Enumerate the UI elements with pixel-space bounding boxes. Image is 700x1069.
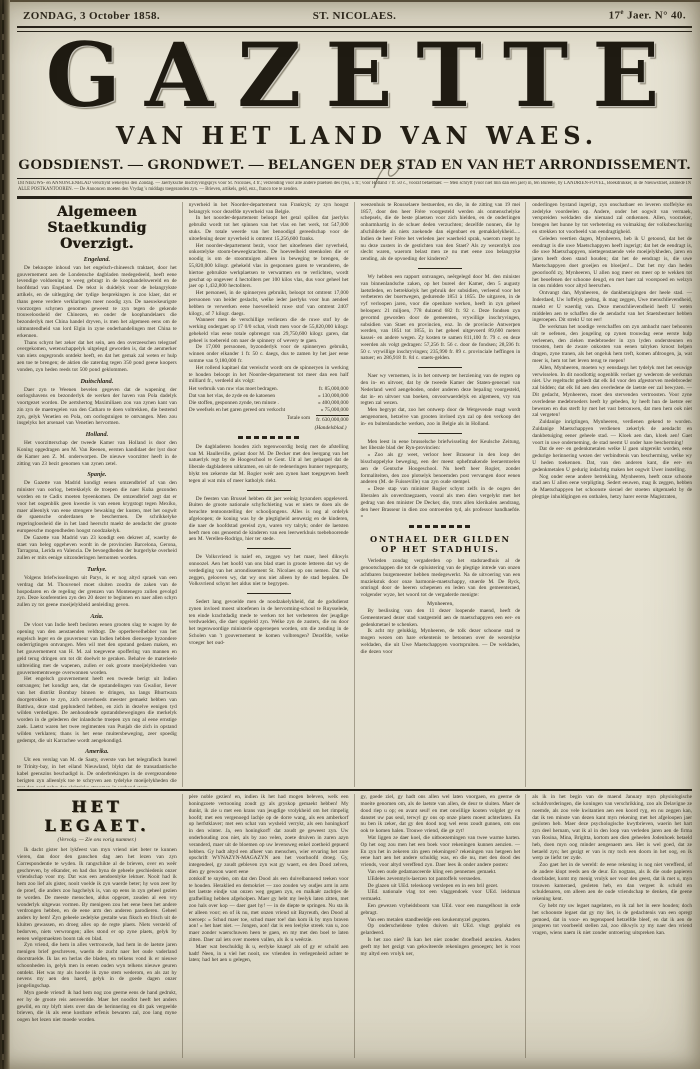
main-news-columns: Algemeen Staetkundig Overzigt.Engeland.D… [15, 199, 694, 787]
news-column: nyverheid in het Noorder-departement van… [182, 202, 349, 787]
country-subheading: Engeland. [17, 256, 177, 263]
news-paragraph: gy, goede ziel, gy hadt ons allen wel la… [361, 794, 521, 835]
issue-number: 17e Jaer. N° 40. [465, 8, 686, 22]
news-paragraph: père noble gezien! en, indien ik het had… [189, 794, 349, 876]
table-total-row: Totale somfr. 630,000,000 [189, 415, 349, 424]
newspaper-page: ZONDAG, 3 October 1858. ST. NICOLAES. 17… [0, 0, 700, 1069]
page-content: ZONDAG, 3 October 1858. ST. NICOLAES. 17… [10, 0, 700, 1069]
news-paragraph: Van een metalen standbeeldje een keukenm… [361, 917, 521, 924]
news-paragraph: zotskolf te snyden, om dat den Dood als … [189, 876, 349, 944]
news-paragraph: Het personeel, in de spinneryen gebruikt… [189, 290, 349, 317]
table-row-label: Dat van het vlas, de zyde en de katoenen [189, 393, 318, 400]
issue-volume: 17 [609, 10, 621, 22]
news-paragraph: onderlingen bystand ingerigt, zyn onscha… [532, 202, 692, 236]
news-paragraph: Ontvangt dan, Mynheeren, de dankbetuigin… [532, 290, 692, 324]
ornament-divider [238, 436, 300, 439]
news-paragraph: By beslissing van den 11 dezer loopende … [361, 608, 521, 628]
table-row-amount: « 130,000,000 [318, 393, 348, 400]
news-paragraph: De glazen uit UEd. teleskoop verslepen e… [361, 883, 521, 890]
news-paragraph: Zoo gaet het in de wereld: de eene reken… [532, 862, 692, 903]
ornament-divider [409, 525, 471, 528]
news-paragraph: Naer wy vernemen, is in het ontwerp ter … [361, 373, 521, 407]
article-heading: ONTHAEL DER GILDEN OP HET STADHUIS. [361, 534, 521, 554]
money-table: Het verbruik van ruw vlas moet bedragen.… [189, 386, 349, 423]
news-paragraph: Allen, Mynheeren, moeten wy eensdaegs he… [532, 365, 692, 419]
news-paragraph: Nog onder eene andere betrekking, Mynhee… [532, 474, 692, 501]
book-binding-edge [0, 0, 10, 1069]
news-paragraph: Verleden zondag vergaderden op het stads… [361, 558, 521, 599]
news-paragraph: weezenhuis te Rousselaere bestuerden, en… [361, 202, 521, 263]
news-paragraph: Daer zyn te Weenen bevelen gegeven dat d… [17, 387, 177, 428]
news-column: weezenhuis te Rousselaere bestuerden, en… [354, 202, 521, 787]
news-paragraph: Geleden veertien dagen, Mynheeren, heb i… [532, 236, 692, 290]
issue-number-rest: Jaer. N° 40. [624, 10, 686, 22]
table-row-amount: fr. 85,000,000 [319, 386, 349, 393]
news-paragraph: Wat liggen ze daer koel, die uitboezemin… [361, 835, 521, 869]
news-paragraph: Zyn vriend, die hem in alles vertrouwde,… [17, 942, 177, 990]
news-paragraph: Het engelsch gouvernement heeft een twee… [17, 676, 177, 744]
country-subheading: Turkye. [17, 566, 177, 573]
masthead: GAZETTE VAN HET LAND VAN WAES. [15, 34, 694, 151]
table-row-label: Het verbruik van ruw vlas moet bedragen. [189, 386, 319, 393]
masthead-subtitle: VAN HET LAND VAN WAES. [15, 121, 694, 150]
country-subheading: Amerika. [17, 748, 177, 755]
news-paragraph: Wanneer men de verschillige verliezen di… [189, 317, 349, 344]
news-paragraph: Men begrypt dat, zoo het ontwerp door de… [361, 407, 521, 427]
news-paragraph: Gy hebt my uw legaet nagelaten, en ik za… [532, 903, 692, 937]
thin-rule [17, 178, 692, 179]
table-row-label: Die stoffen, gesponnen zynde, ten minste… [189, 400, 318, 407]
news-paragraph: Myn goede vriend! ik had hem nog zoo gee… [17, 990, 177, 1024]
news-paragraph: Wy hebben een rapport ontvangen, neêrgel… [361, 274, 521, 362]
news-column: HET LEGAET.(Vervolg. — Zie ons vorig num… [17, 794, 177, 1058]
news-paragraph: Het noorder-departement bezit, voor het … [189, 243, 349, 291]
text-divider [247, 490, 291, 491]
news-paragraph: Een gewezen vryheidsboom van UEd. voor e… [361, 903, 521, 917]
issue-date: ZONDAG, 3 October 1858. [23, 10, 244, 22]
table-row-amount: « 75,000,000 [321, 407, 349, 414]
news-column: onderlingen bystand ingerigt, zyn onscha… [525, 202, 692, 787]
salutation: Mynheeren, [361, 601, 521, 607]
news-paragraph: nyverheid in het Noorder-departement van… [189, 202, 349, 216]
news-paragraph: Thans schynt het zeker dat het sein, aen… [17, 340, 177, 374]
country-subheading: Spanje. [17, 471, 177, 478]
dateline: ZONDAG, 3 October 1858. ST. NICOLAES. 17… [15, 2, 694, 24]
news-paragraph: De Gazette van Madrid kondigt eenen omze… [17, 480, 177, 534]
news-column: gy, goede ziel, gy hadt ons allen wel la… [354, 794, 521, 1058]
news-paragraph: De beknopte inhoud van het engelsch-chin… [17, 265, 177, 340]
table-row: Dat van het vlas, de zyde en de katoenen… [189, 393, 349, 400]
news-column: als ik in het begin van de maend January… [525, 794, 692, 1058]
continuation-note: (Vervolg. — Zie ons vorig nummer.) [17, 837, 177, 843]
news-paragraph: « Deze stap van minister Rogier schynt z… [361, 486, 521, 520]
text-divider [247, 593, 291, 594]
news-paragraph: Ik acht my gelukkig, Mynheeren, de tolk … [361, 628, 521, 655]
feuilleton-heading: HET LEGAET. [17, 797, 177, 835]
table-total-label: Totale som [287, 415, 316, 424]
table-row: Die stoffen, gesponnen zynde, ten minste… [189, 400, 349, 407]
news-paragraph: De dagbladeren houden zich tegenwoordig … [189, 444, 349, 485]
news-paragraph: De werkman het noodige verschaffen om zy… [532, 324, 692, 365]
news-paragraph: Uit een verslag van M. de Sauty, overste… [17, 757, 177, 786]
feuilleton-columns: HET LEGAET.(Vervolg. — Zie ons vorig num… [15, 791, 694, 1058]
text-divider [418, 268, 462, 269]
news-paragraph: Ik dacht gister het lykfeest van myn vri… [17, 847, 177, 942]
text-divider [418, 433, 462, 434]
table-row: Het verbruik van ruw vlas moet bedragen.… [189, 386, 349, 393]
news-paragraph: De feesten van Brussel hebben dit jaer w… [189, 496, 349, 544]
source-attribution: (Handelsblad.) [189, 425, 347, 431]
news-paragraph: De vloot van Indie heeft besloten eenen … [17, 622, 177, 676]
table-total-amount: fr. 630,000,000 [316, 415, 348, 424]
news-paragraph: Op onderscheidene tyden duiven uit UEd. … [361, 923, 521, 937]
imprint-notice: Dit NIEUWS- en ANNONCENBLAD verschynt we… [15, 181, 694, 194]
masthead-title: GAZETTE [15, 34, 694, 118]
news-paragraph: UEd. nationale vlag tot een vlaggendoek … [361, 889, 521, 903]
news-paragraph: Het voorzitterschap der tweede Kamer van… [17, 440, 177, 467]
text-divider [247, 548, 291, 549]
text-divider [418, 367, 462, 368]
news-paragraph: De Volksvriend is naief en, zeggen wy he… [189, 554, 349, 588]
news-paragraph: Is het zoo niet? Ik kan het niet zonder … [361, 937, 521, 957]
issue-city: ST. NICOLAES. [244, 10, 465, 22]
news-paragraph: In het noorder-departement beloopt het g… [189, 215, 349, 242]
country-subheading: Holland. [17, 431, 177, 438]
motto-line: GODSDIENST. — GRONDWET. — BELANGEN DER S… [15, 157, 694, 174]
table-row-amount: « 400,000,000 [318, 400, 348, 407]
news-paragraph: De 17,000 persoonen, byzonderlyk voor de… [189, 344, 349, 364]
news-paragraph: Maer wat beschuldig ik u, eerlyke knaep!… [189, 944, 349, 964]
country-subheading: Azia. [17, 613, 177, 620]
news-paragraph: Zuldanige inrigtingen, Mynheeren, verdie… [532, 419, 692, 446]
news-paragraph: als ik in het begin van de maend January… [532, 794, 692, 862]
news-paragraph: Volgens briefwisselingen uit Parys, is e… [17, 575, 177, 609]
section-heading: Algemeen Staetkundig Overzigt. [17, 204, 177, 252]
news-paragraph: Men leest in eene brusselsche briefwisse… [361, 439, 521, 453]
news-column: père noble gezien! en, indien ik het had… [182, 794, 349, 1058]
news-paragraph: De Gazette van Madrid van 23 kondigt een… [17, 535, 177, 562]
news-paragraph: Van een oude gedamasceerde kling een pen… [361, 869, 521, 876]
news-paragraph: Dat de eer- en gedenkmetalen welke U gae… [532, 446, 692, 473]
table-row-label: De weefsels en het garen gereed om verko… [189, 407, 321, 414]
news-paragraph: « Zoo als gy weet, verloor heer Brasseur… [361, 452, 521, 486]
table-row: De weefsels en het garen gereed om verko… [189, 407, 349, 414]
news-paragraph: UEdeles zevenmyls-laerzen tot pantoffels… [361, 876, 521, 883]
country-subheading: Duitschland. [17, 378, 177, 385]
news-column: Algemeen Staetkundig Overzigt.Engeland.D… [17, 202, 177, 787]
news-paragraph: Sedert lang gevoelde men de noodzakelykh… [189, 599, 349, 647]
news-paragraph: Het rollend kapitael dat vereischt wordt… [189, 365, 349, 385]
